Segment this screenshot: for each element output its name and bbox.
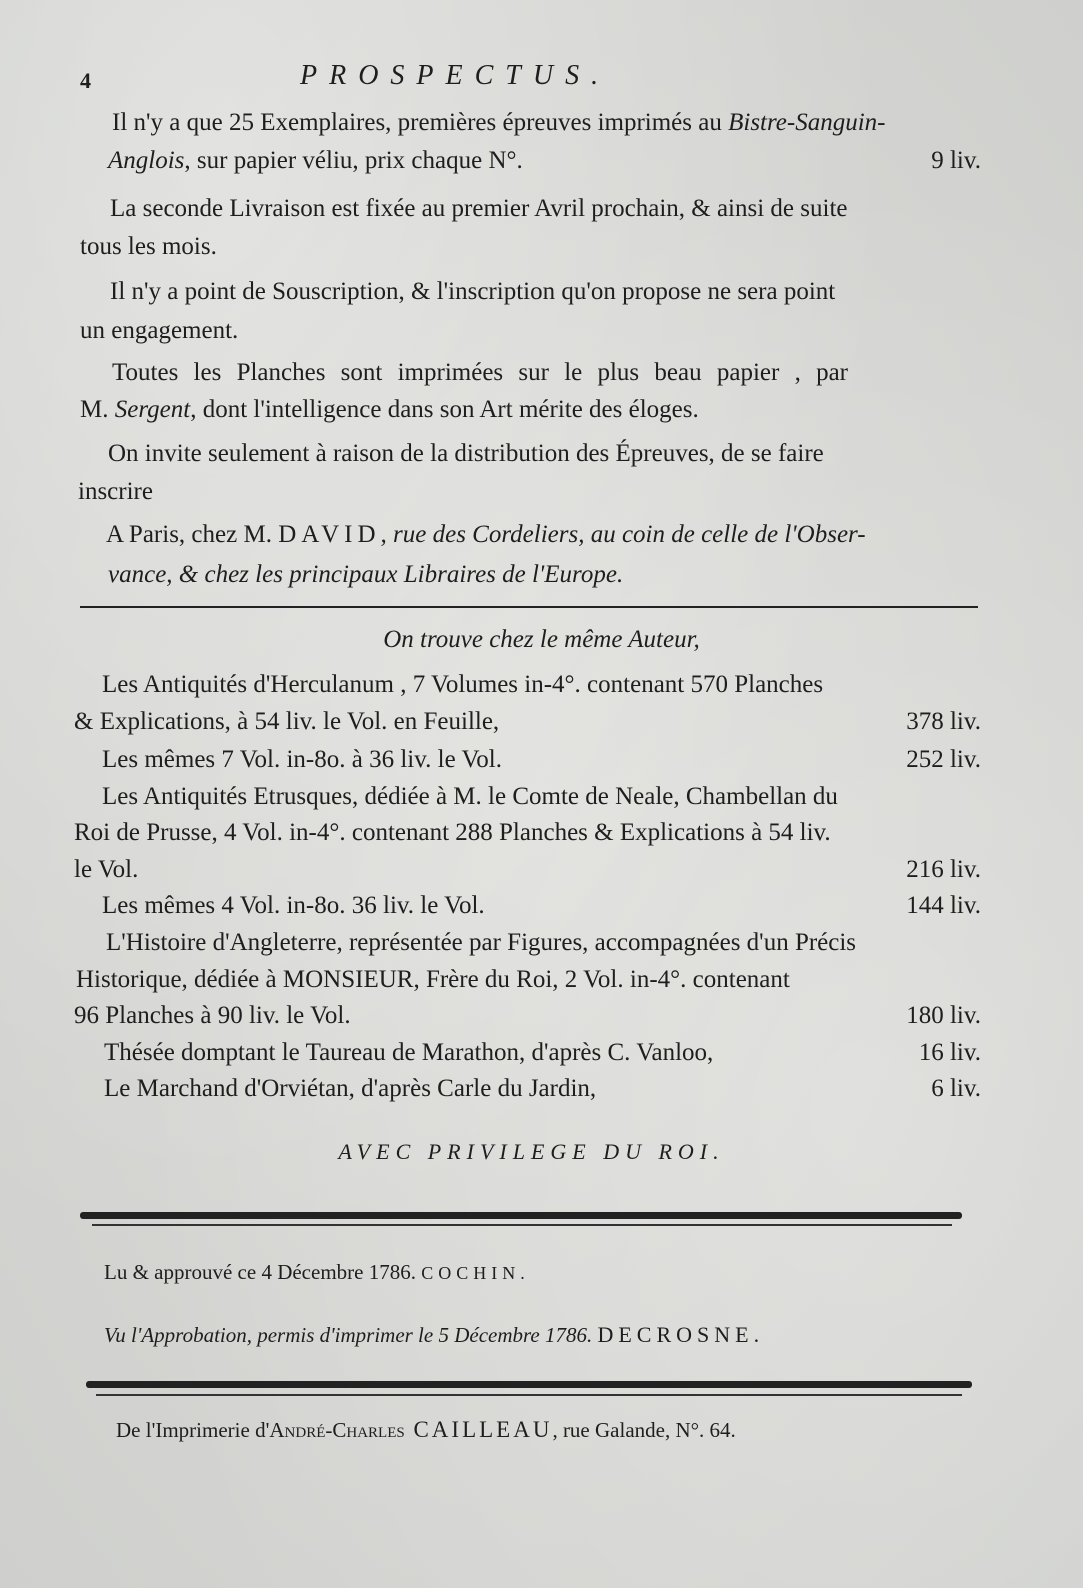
official-name: DECROSNE. — [597, 1322, 764, 1347]
catalogue-line: 96 Planches à 90 liv. le Vol. — [74, 1001, 351, 1031]
privilege-notice: AVEC PRIVILEGE DU ROI. — [0, 1137, 1073, 1167]
intro-p2-line2: tous les mois. — [80, 232, 217, 262]
intro-p5-line2: inscrire — [78, 477, 153, 507]
censor-name: COCHIN. — [421, 1263, 530, 1283]
address-line1: A Paris, chez M. DAVID, rue des Cordelie… — [106, 520, 866, 550]
text-italic: Sergent — [115, 396, 190, 423]
text: M. — [80, 396, 115, 423]
price: 216 liv. — [906, 855, 981, 885]
intro-p1-line2: Anglois, sur papier véliu, prix chaque N… — [108, 146, 523, 176]
price: 16 liv. — [919, 1038, 981, 1068]
catalogue-line: Thésée domptant le Taureau de Marathon, … — [104, 1038, 713, 1068]
approval-line2: Vu l'Approbation, permis d'imprimer le 5… — [104, 1320, 764, 1350]
ornamental-rule — [92, 1224, 952, 1226]
text-italic: Anglois — [108, 147, 184, 174]
intro-p3-line1: Il n'y a point de Souscription, & l'insc… — [110, 277, 835, 307]
catalogue-line: Les mêmes 4 Vol. in-8o. 36 liv. le Vol. — [102, 891, 485, 921]
price: 9 liv. — [931, 146, 981, 176]
printer-surname: CAILLEAU — [405, 1417, 553, 1442]
catalogue-heading: On trouve chez le même Auteur, — [0, 625, 1083, 655]
intro-p3-line2: un engagement. — [80, 316, 238, 346]
price: 180 liv. — [906, 1001, 981, 1031]
approval-line1: Lu & approuvé ce 4 Décembre 1786. COCHIN… — [104, 1257, 530, 1288]
text-italic: Bistre-Sanguin- — [728, 109, 885, 136]
catalogue-line: Les Antiquités Etrusques, dédiée à M. le… — [102, 782, 838, 812]
text: De l'Imprimerie d' — [116, 1418, 269, 1442]
address-line2: vance, & chez les principaux Libraires d… — [108, 560, 623, 590]
catalogue-line: Roi de Prusse, 4 Vol. in-4°. contenant 2… — [74, 818, 831, 848]
catalogue-line: Les Antiquités d'Herculanum , 7 Volumes … — [102, 670, 823, 700]
intro-p1-line1: Il n'y a que 25 Exemplaires, premières é… — [112, 108, 886, 138]
text: Lu & approuvé ce 4 Décembre 1786. — [104, 1260, 421, 1284]
text: A Paris, chez M. — [106, 521, 278, 548]
document-page: 4 PROSPECTUS. Il n'y a que 25 Exemplaire… — [0, 0, 1083, 1588]
ornamental-rule — [80, 1212, 962, 1219]
catalogue-line: L'Histoire d'Angleterre, représentée par… — [106, 928, 856, 958]
intro-p4-line2: M. Sergent, dont l'intelligence dans son… — [80, 395, 699, 425]
ornamental-rule — [86, 1381, 972, 1388]
price: 252 liv. — [906, 745, 981, 775]
catalogue-line: Les mêmes 7 Vol. in-8o. à 36 liv. le Vol… — [102, 745, 502, 775]
printer-imprint: De l'Imprimerie d'André-Charles CAILLEAU… — [116, 1415, 736, 1445]
text: , rue Galande, N°. 64. — [552, 1418, 735, 1442]
intro-p2-line1: La seconde Livraison est fixée au premie… — [110, 194, 848, 224]
text: Il n'y a que 25 Exemplaires, premières é… — [112, 109, 728, 136]
text: , sur papier véliu, prix chaque N°. — [184, 147, 522, 174]
author-name: DAVID — [278, 521, 380, 548]
price: 144 liv. — [906, 891, 981, 921]
intro-p5-line1: On invite seulement à raison de la distr… — [108, 439, 824, 469]
intro-p4-line1: Toutes les Planches sont imprimées sur l… — [112, 358, 848, 388]
printer-first-name: André-Charles — [269, 1418, 404, 1442]
price: 6 liv. — [931, 1074, 981, 1104]
running-title: PROSPECTUS. — [300, 60, 610, 92]
page-number: 4 — [80, 68, 91, 94]
text-italic: , rue des Cordeliers, au coin de celle d… — [381, 521, 866, 548]
text-italic: Vu l'Approbation, permis d'imprimer le 5… — [104, 1323, 597, 1347]
catalogue-line: le Vol. — [74, 855, 138, 885]
text: , dont l'intelligence dans son Art mérit… — [190, 396, 699, 423]
ornamental-rule — [96, 1394, 962, 1396]
price: 378 liv. — [906, 707, 981, 737]
divider-rule — [80, 606, 978, 608]
catalogue-line: & Explications, à 54 liv. le Vol. en Feu… — [74, 707, 499, 737]
catalogue-line: Le Marchand d'Orviétan, d'après Carle du… — [104, 1074, 596, 1104]
catalogue-line: Historique, dédiée à MONSIEUR, Frère du … — [76, 965, 790, 995]
